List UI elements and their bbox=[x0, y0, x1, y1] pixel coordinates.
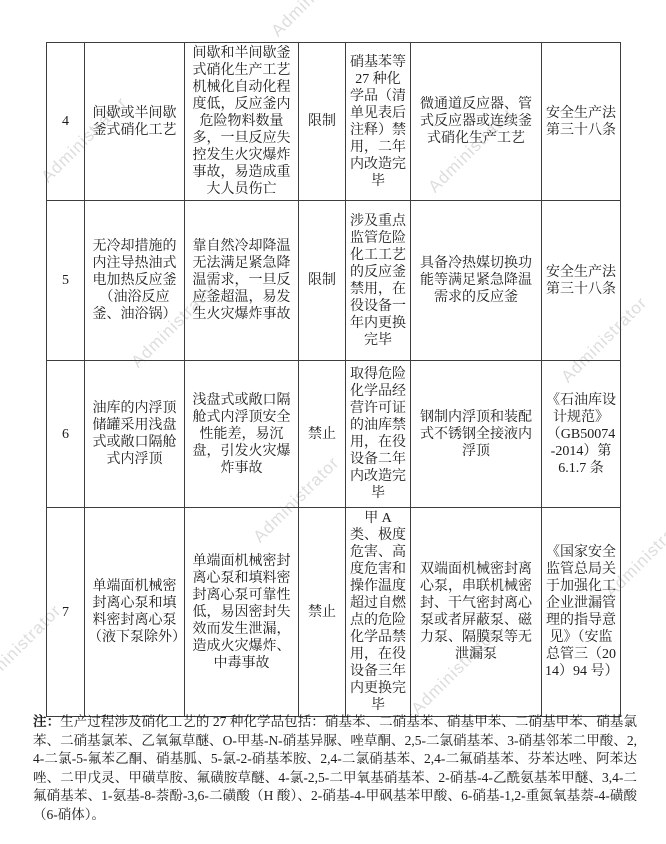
cell-item-name: 单端面机械密封离心泵和填料密封离心泵（液下泵除外） bbox=[85, 508, 185, 717]
cell-serial: 6 bbox=[47, 361, 85, 508]
cell-serial: 7 bbox=[47, 508, 85, 717]
cell-scope: 甲 A 类、极度危害、高度危害和操作温度超过自燃点的危险化学品禁用，在役设备三年… bbox=[346, 508, 411, 717]
cell-substitute: 微通道反应器、管式反应器或连续釜式硝化生产工艺 bbox=[411, 43, 542, 201]
cell-item-name: 油库的内浮顶储罐采用浅盘式或敞口隔舱式内浮顶 bbox=[85, 361, 185, 508]
table-row: 4 间歇或半间歇釜式硝化工艺 间歇和半间歇釜式硝化生产工艺机械化自动化程度低，反… bbox=[47, 43, 621, 201]
cell-defect: 靠自然冷却降温无法满足紧急降温需求，一旦反应釜超温，易发生火灾爆炸事故 bbox=[185, 201, 299, 361]
cell-item-name: 间歇或半间歇釜式硝化工艺 bbox=[85, 43, 185, 201]
cell-substitute: 双端面机械密封离心泵，串联机械密封、干气密封离心泵或者屏蔽泵、磁力泵、隔膜泵等无… bbox=[411, 508, 542, 717]
cell-basis: 《国家安全监管总局关于加强化工企业泄漏管理的指导意见》（安监总管三（2014）9… bbox=[542, 508, 621, 717]
table-row: 7 单端面机械密封离心泵和填料密封离心泵（液下泵除外） 单端面机械密封离心泵和填… bbox=[47, 508, 621, 717]
watermark: Administrator bbox=[267, 0, 361, 41]
cell-control: 限制 bbox=[299, 43, 346, 201]
cell-basis: 安全生产法第三十八条 bbox=[542, 201, 621, 361]
cell-control: 禁止 bbox=[299, 361, 346, 508]
footnote: 注：生产过程涉及硝化工艺的 27 种化学品包括：硝基苯、二硝基苯、硝基甲苯、二硝… bbox=[33, 713, 637, 824]
footnote-label: 注： bbox=[33, 714, 60, 729]
cell-control: 限制 bbox=[299, 201, 346, 361]
regulation-table: 4 间歇或半间歇釜式硝化工艺 间歇和半间歇釜式硝化生产工艺机械化自动化程度低，反… bbox=[46, 42, 621, 717]
table-row: 5 无冷却措施的内注导热油式电加热反应釜（油浴反应釜、油浴锅） 靠自然冷却降温无… bbox=[47, 201, 621, 361]
cell-substitute: 具备冷热媒切换功能等满足紧急降温需求的反应釜 bbox=[411, 201, 542, 361]
cell-scope: 涉及重点监管危险化工工艺的反应釜禁用，在役设备一年内更换完毕 bbox=[346, 201, 411, 361]
cell-serial: 5 bbox=[47, 201, 85, 361]
cell-defect: 浅盘式或敞口隔舱式内浮顶安全性能差，易沉盘，引发火灾爆炸事故 bbox=[185, 361, 299, 508]
cell-defect: 单端面机械密封离心泵和填料密封离心泵可靠性低，易因密封失效而发生泄漏，造成火灾爆… bbox=[185, 508, 299, 717]
cell-control: 禁止 bbox=[299, 508, 346, 717]
footnote-text: 生产过程涉及硝化工艺的 27 种化学品包括：硝基苯、二硝基苯、硝基甲苯、二硝基甲… bbox=[33, 714, 637, 822]
cell-defect: 间歇和半间歇釜式硝化生产工艺机械化自动化程度低，反应釜内危险物料数量多，一旦反应… bbox=[185, 43, 299, 201]
cell-scope: 硝基苯等 27 种化学品（清单见表后注释）禁用，二年内改造完毕 bbox=[346, 43, 411, 201]
cell-item-name: 无冷却措施的内注导热油式电加热反应釜（油浴反应釜、油浴锅） bbox=[85, 201, 185, 361]
cell-serial: 4 bbox=[47, 43, 85, 201]
cell-substitute: 钢制内浮顶和装配式不锈钢全接液内浮顶 bbox=[411, 361, 542, 508]
cell-scope: 取得危险化学品经营许可证的油库禁用，在役设备二年内改造完毕 bbox=[346, 361, 411, 508]
table-row: 6 油库的内浮顶储罐采用浅盘式或敞口隔舱式内浮顶 浅盘式或敞口隔舱式内浮顶安全性… bbox=[47, 361, 621, 508]
cell-basis: 《石油库设计规范》（GB50074-2014）第 6.1.7 条 bbox=[542, 361, 621, 508]
cell-basis: 安全生产法第三十八条 bbox=[542, 43, 621, 201]
